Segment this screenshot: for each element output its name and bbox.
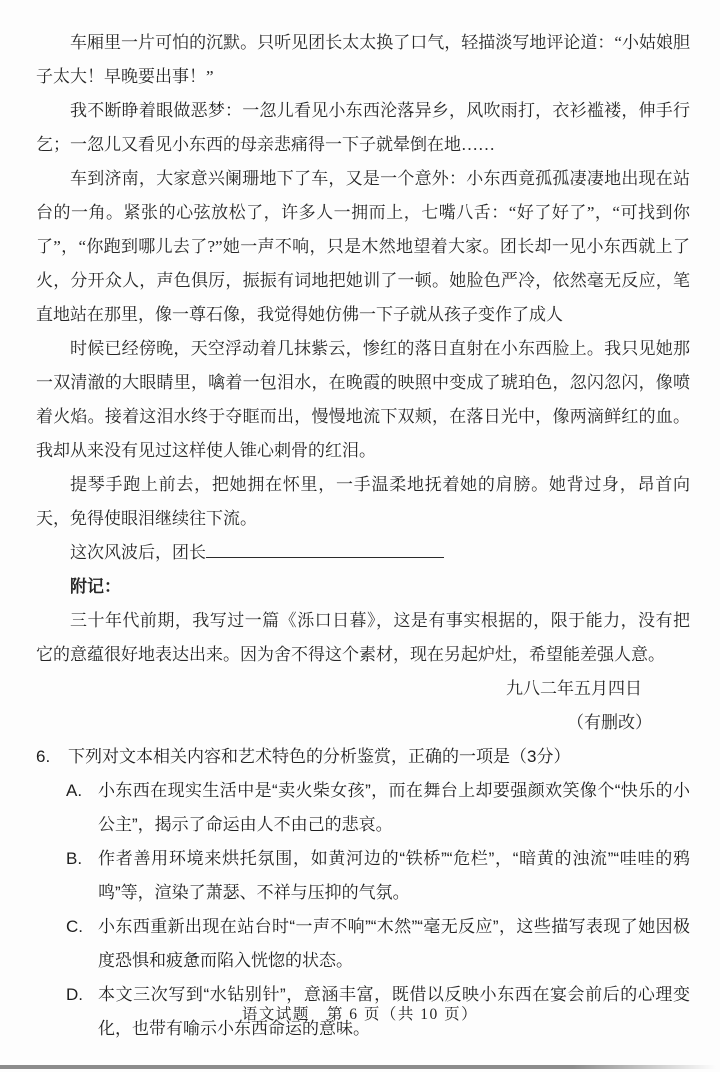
option-a-text: 小东西在现实生活中是“卖火柴女孩”，而在舞台上却要强颜欢笑像个“快乐的小公主”，… [98,774,690,842]
passage-paragraph: 时候已经傍晚，天空浮动着几抹紫云，惨红的落日直射在小东西脸上。我只见她那一双清澈… [36,332,690,468]
postscript-date: 九八二年五月四日 [36,672,690,706]
question-stem: 下列对文本相关内容和艺术特色的分析鉴赏，正确的一项是（3分） [68,740,690,774]
option-b: B. 作者善用环境来烘托氛围，如黄河边的“铁桥”“危栏”，“暗黄的浊流”“哇哇的… [36,842,690,910]
option-b-text: 作者善用环境来烘托氛围，如黄河边的“铁桥”“危栏”，“暗黄的浊流”“哇哇的鸦鸣”… [98,842,690,910]
question-stem-row: 6. 下列对文本相关内容和艺术特色的分析鉴赏，正确的一项是（3分） [36,740,690,774]
passage-paragraph: 车到济南，大家意兴阑珊地下了车，又是一个意外：小东西竟孤孤凄凄地出现在站台的一角… [36,162,690,332]
passage-paragraph: 车厢里一片可怕的沉默。只听见团长太太换了口气，轻描淡写地评论道：“小姑娘胆子太大… [36,26,690,94]
postscript-label: 附记： [36,570,690,604]
option-c-text: 小东西重新出现在站台时“一声不响”“木然”“毫无反应”，这些描写表现了她因极度恐… [98,910,690,978]
option-a-label: A. [66,774,98,842]
reading-passage: 车厢里一片可怕的沉默。只听见团长太太换了口气，轻描淡写地评论道：“小姑娘胆子太大… [36,26,690,740]
page-footer: 语文试题 第 6 页（共 10 页） [0,998,720,1032]
postscript-paragraph: 三十年代前期，我写过一篇《泺口日暮》，这是有事实根据的，限于能力，没有把它的意蕴… [36,604,690,672]
option-c-label: C. [66,910,98,978]
fill-blank-paragraph: 这次风波后，团长 [36,536,690,570]
revision-note: （有删改） [36,706,690,740]
option-b-label: B. [66,842,98,910]
passage-paragraph: 提琴手跑上前去，把她拥在怀里，一手温柔地抚着她的肩膀。她背过身，昂首向天，免得使… [36,468,690,536]
option-c: C. 小东西重新出现在站台时“一声不响”“木然”“毫无反应”，这些描写表现了她因… [36,910,690,978]
passage-paragraph: 我不断睁着眼做恶梦：一忽儿看见小东西沦落异乡，风吹雨打，衣衫褴褛，伸手行乞；一忽… [36,94,690,162]
exam-page: 车厢里一片可怕的沉默。只听见团长太太换了口气，轻描淡写地评论道：“小姑娘胆子太大… [0,0,720,1072]
option-a: A. 小东西在现实生活中是“卖火柴女孩”，而在舞台上却要强颜欢笑像个“快乐的小公… [36,774,690,842]
fill-blank-prefix: 这次风波后，团长 [70,543,206,562]
answer-blank-line [206,542,444,558]
scan-edge-artifact [0,1065,716,1069]
question-number: 6. [36,740,68,774]
